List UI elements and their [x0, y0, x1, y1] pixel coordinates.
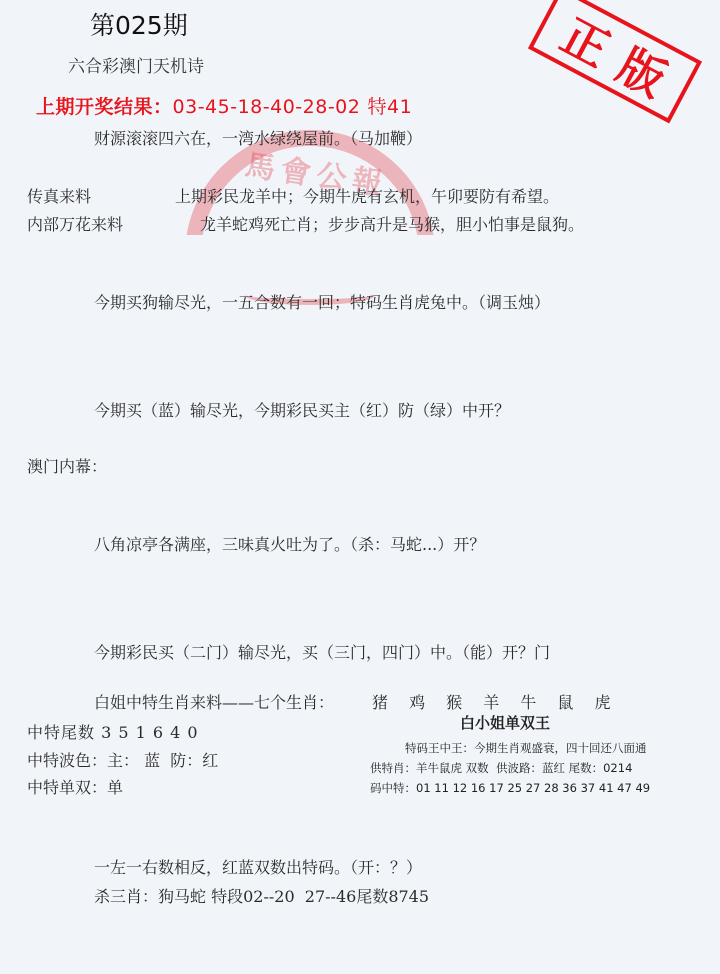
last-result-label: 上期开奖结果：: [36, 96, 173, 118]
bai-jie-zodiacs: 猪 鸡 猴 羊 牛 鼠 虎: [372, 690, 619, 713]
source-label-fax: 传真来料: [27, 184, 91, 207]
box-title: 白小姐单双王: [460, 712, 550, 733]
footer-line-1: 一左一右数相反，红蓝双数出特码。（开：？）: [94, 855, 422, 878]
subtitle: 六合彩澳门天机诗: [68, 52, 204, 77]
riddle-line-2: 今期买（蓝）输尽光，今期彩民买主（红）防（绿）中开？: [94, 398, 510, 421]
macau-inside-label: 澳门内幕：: [27, 454, 107, 477]
poem-line: 财源滚滚四六在，一湾水绿绕屋前。（马加鞭）: [94, 126, 422, 149]
issue-title: 第025期: [90, 6, 188, 42]
wave-color: 中特波色：主： 蓝 防：红: [27, 748, 218, 771]
box-line-1: 特码王中王：今期生肖观盛衰，四十回还八面通: [405, 740, 647, 756]
odd-even: 中特单双：单: [27, 775, 123, 798]
last-result-special: 特41: [367, 96, 412, 118]
last-result: 上期开奖结果：03-45-18-40-28-02 特41: [36, 92, 412, 119]
source-text-internal: 龙羊蛇鸡死亡肖；步步高升是马猴，胆小怕事是鼠狗。: [200, 212, 584, 235]
riddle-line-1: 今期买狗输尽光，一五合数有一回；特码生肖虎兔中。（调玉烛）: [94, 290, 550, 313]
box-line-2: 供特肖：羊牛鼠虎 双数 供波路：蓝红 尾数：0214: [370, 760, 632, 776]
source-label-internal: 内部万花来料: [27, 212, 123, 235]
door-line: 今期彩民买（二门）输尽光，买（三门，四门）中。（能）开？门: [94, 640, 550, 663]
box-line-3: 码中特：01 11 12 16 17 25 27 28 36 37 41 47 …: [370, 780, 650, 796]
tail-numbers: 中特尾数 3 5 1 6 4 0: [27, 720, 199, 743]
source-text-fax: 上期彩民龙羊中；今期牛虎有玄机，午卯要防有希望。: [175, 184, 559, 207]
last-result-numbers: 03-45-18-40-28-02: [173, 96, 361, 118]
authentic-stamp: 正版: [528, 0, 702, 123]
bai-jie-intro: 白姐中特生肖来料——七个生肖：: [94, 690, 334, 713]
macau-inside-line: 八角凉亭各满座，三味真火吐为了。（杀：马蛇...）开？: [94, 532, 485, 555]
footer-line-2: 杀三肖：狗马蛇 特段02--20 27--46尾数8745: [94, 884, 429, 907]
